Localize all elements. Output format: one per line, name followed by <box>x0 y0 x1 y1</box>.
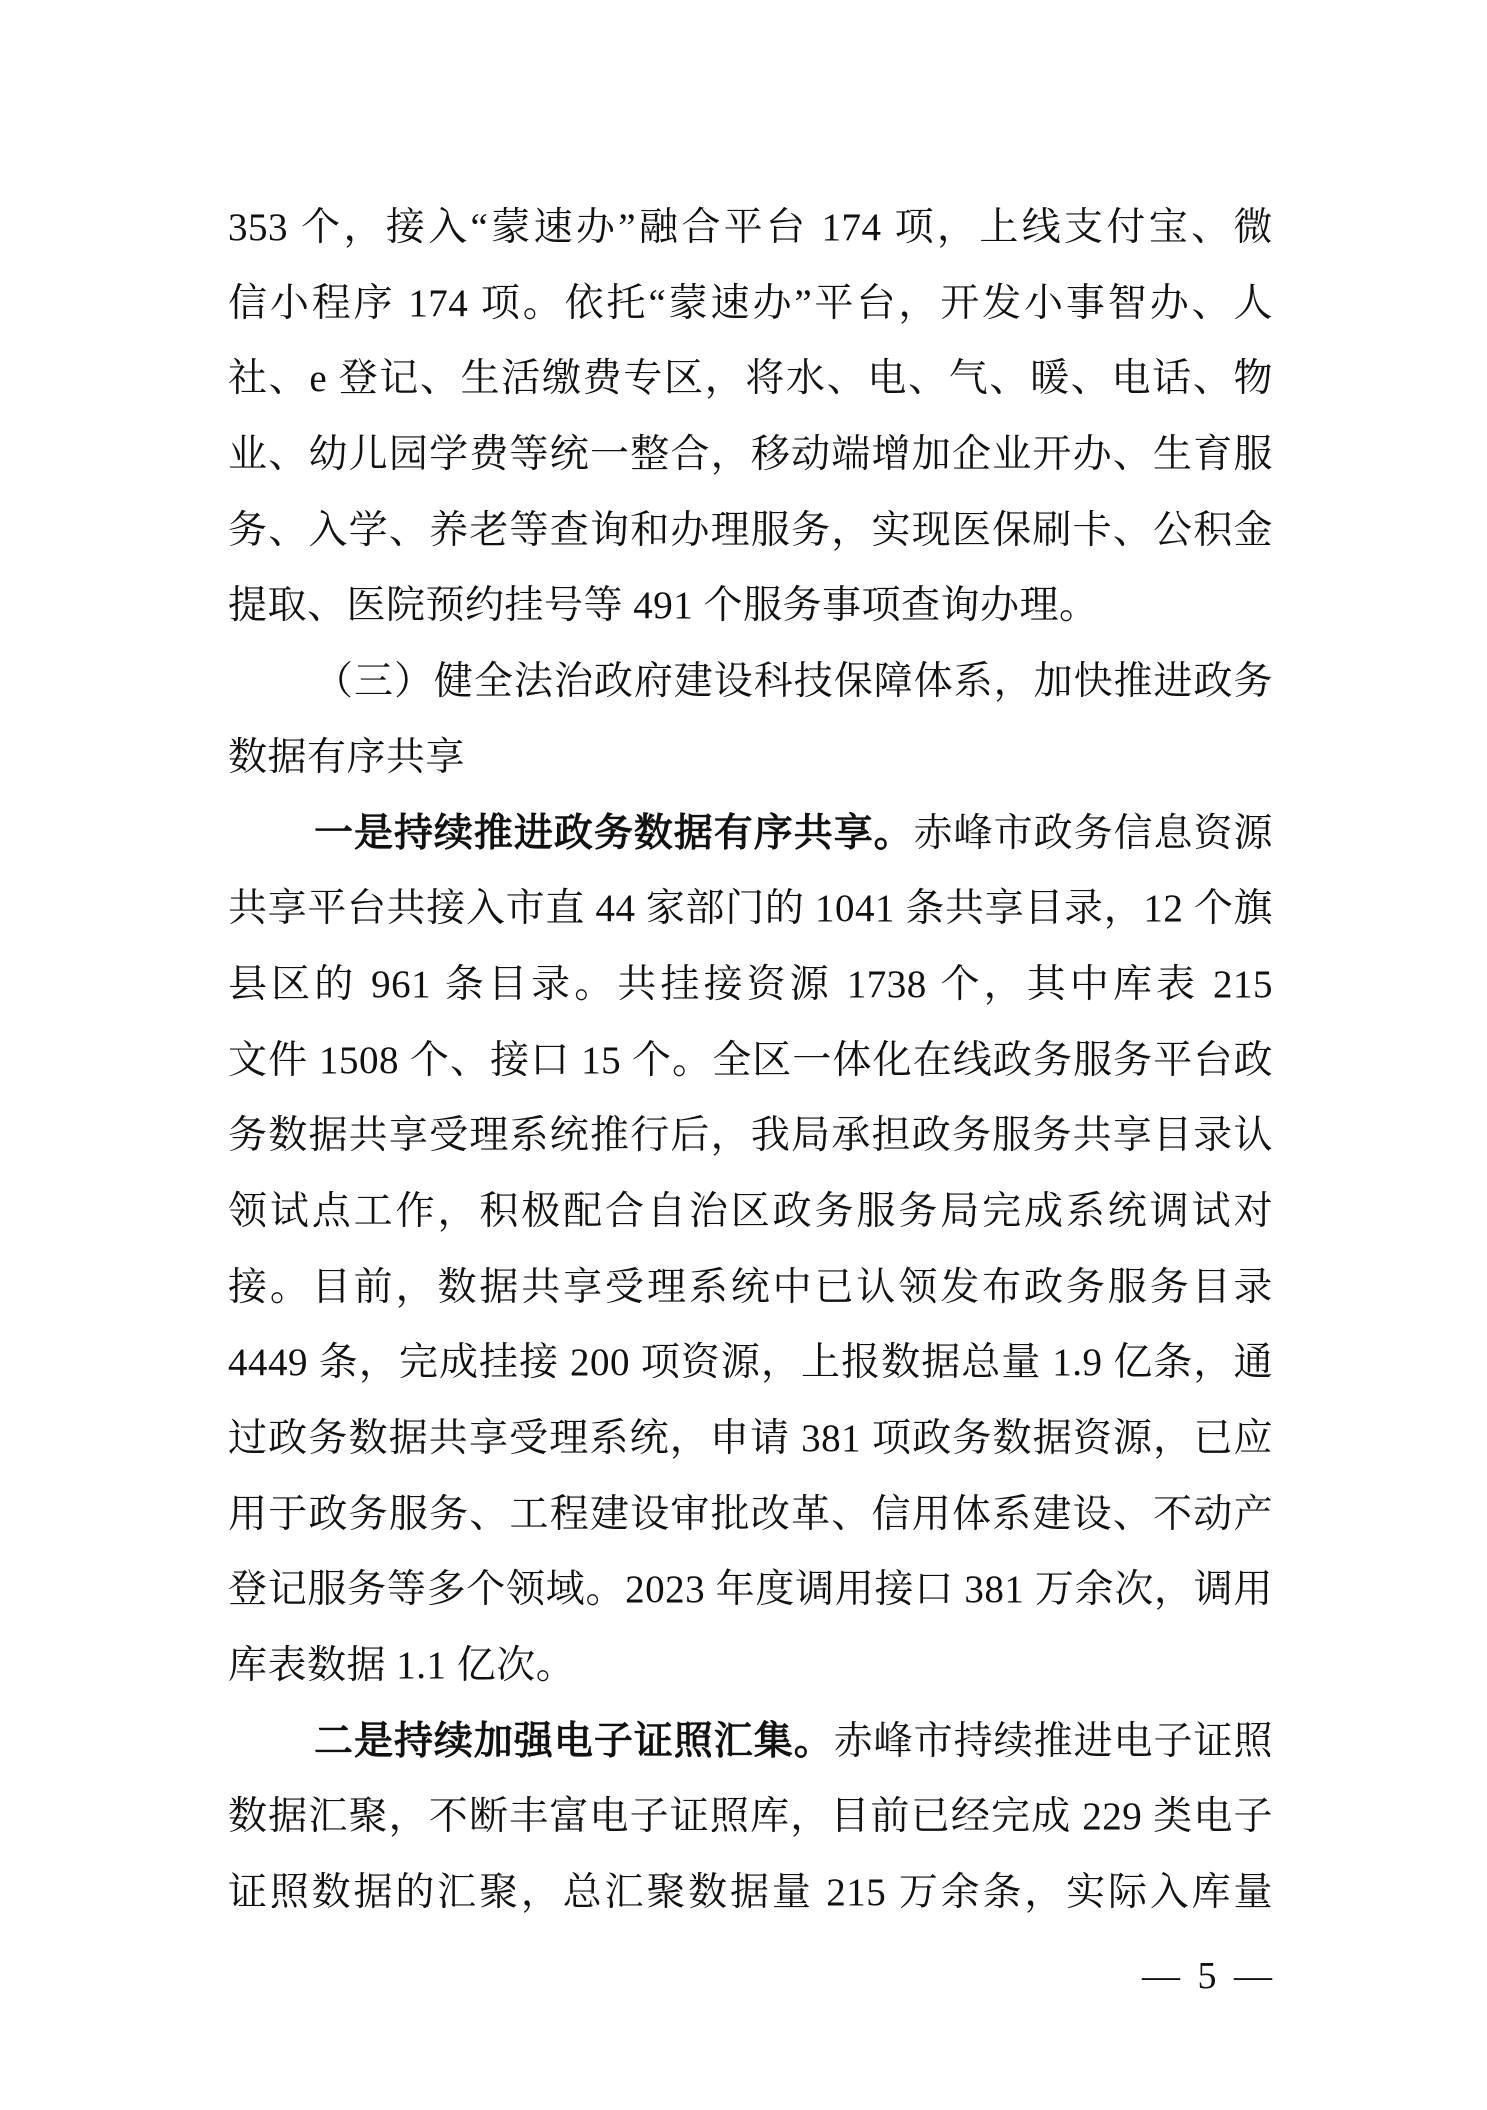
text-run: 共享平台共接入市直 44 家部门的 1041 条共享目录，12 个旗 <box>228 887 1273 930</box>
text-run: 数据有序共享 <box>228 736 465 779</box>
heading-line: 数据有序共享 <box>228 720 1273 796</box>
text-run: （三）健全法治政府建设科技保障体系，加快推进政务 <box>314 660 1273 703</box>
text-line: 提取、医院预约挂号等 491 个服务事项查询办理。 <box>228 568 1273 644</box>
text-run: 用于政务服务、工程建设审批改革、信用体系建设、不动产 <box>228 1493 1273 1536</box>
page-number: — 5 — <box>228 1946 1276 2006</box>
text-run: 社、e 登记、生活缴费专区，将水、电、气、暖、电话、物 <box>228 357 1273 400</box>
text-run: 文件 1508 个、接口 15 个。全区一体化在线政务服务平台政 <box>228 1039 1273 1082</box>
bold-text-run: 二是持续加强电子证照汇集。 <box>314 1720 834 1763</box>
text-line: 接。目前，数据共享受理系统中已认领发布政务服务目录 <box>228 1250 1273 1326</box>
text-line: 共享平台共接入市直 44 家部门的 1041 条共享目录，12 个旗 <box>228 871 1273 947</box>
text-line: 一是持续推进政务数据有序共享。赤峰市政务信息资源 <box>228 796 1273 872</box>
text-line: 库表数据 1.1 亿次。 <box>228 1628 1273 1704</box>
text-run: 提取、医院预约挂号等 491 个服务事项查询办理。 <box>228 584 1099 627</box>
text-run: 业、幼儿园学费等统一整合，移动端增加企业开办、生育服 <box>228 433 1273 476</box>
text-line: 过政务数据共享受理系统，申请 381 项政务数据资源，已应 <box>228 1401 1273 1477</box>
text-run: 信小程序 174 项。依托“蒙速办”平台，开发小事智办、人 <box>228 282 1273 325</box>
document-body: 353 个，接入“蒙速办”融合平台 174 项，上线支付宝、微信小程序 174 … <box>228 190 1273 1931</box>
text-run: 353 个，接入“蒙速办”融合平台 174 项，上线支付宝、微 <box>228 206 1273 249</box>
bold-text-run: 一是持续推进政务数据有序共享。 <box>314 812 914 855</box>
text-line: 证照数据的汇聚，总汇聚数据量 215 万余条，实际入库量 215 <box>228 1855 1273 1931</box>
text-line: 信小程序 174 项。依托“蒙速办”平台，开发小事智办、人 <box>228 266 1273 342</box>
text-run: 过政务数据共享受理系统，申请 381 项政务数据资源，已应 <box>228 1417 1273 1460</box>
text-line: 用于政务服务、工程建设审批改革、信用体系建设、不动产 <box>228 1477 1273 1553</box>
text-line: 社、e 登记、生活缴费专区，将水、电、气、暖、电话、物 <box>228 341 1273 417</box>
text-run: 赤峰市持续推进电子证照 <box>834 1720 1273 1763</box>
text-run: 数据汇聚，不断丰富电子证照库，目前已经完成 229 类电子 <box>228 1795 1273 1838</box>
text-run: 务数据共享受理系统推行后，我局承担政务服务共享目录认 <box>228 1114 1273 1157</box>
text-run: 赤峰市政务信息资源 <box>914 812 1273 855</box>
heading-line: （三）健全法治政府建设科技保障体系，加快推进政务 <box>228 644 1273 720</box>
text-line: 数据汇聚，不断丰富电子证照库，目前已经完成 229 类电子 <box>228 1779 1273 1855</box>
text-run: 务、入学、养老等查询和办理服务，实现医保刷卡、公积金 <box>228 509 1273 552</box>
document-page: 353 个，接入“蒙速办”融合平台 174 项，上线支付宝、微信小程序 174 … <box>0 0 1487 2110</box>
text-line: 353 个，接入“蒙速办”融合平台 174 项，上线支付宝、微 <box>228 190 1273 266</box>
text-line: 登记服务等多个领域。2023 年度调用接口 381 万余次，调用 <box>228 1552 1273 1628</box>
text-run: 库表数据 1.1 亿次。 <box>228 1644 575 1687</box>
text-line: 务数据共享受理系统推行后，我局承担政务服务共享目录认 <box>228 1098 1273 1174</box>
text-line: 文件 1508 个、接口 15 个。全区一体化在线政务服务平台政 <box>228 1023 1273 1099</box>
text-run: 登记服务等多个领域。2023 年度调用接口 381 万余次，调用 <box>228 1568 1273 1611</box>
text-run: 证照数据的汇聚，总汇聚数据量 215 万余条，实际入库量 215 <box>228 1871 1273 1931</box>
text-run: 接。目前，数据共享受理系统中已认领发布政务服务目录 <box>228 1266 1273 1309</box>
text-run: 县区的 961 条目录。共挂接资源 1738 个，其中库表 215 个、 <box>228 963 1273 1023</box>
text-run: 4449 条，完成挂接 200 项资源，上报数据总量 1.9 亿条，通 <box>228 1341 1273 1384</box>
text-line: 二是持续加强电子证照汇集。赤峰市持续推进电子证照 <box>228 1704 1273 1780</box>
text-line: 业、幼儿园学费等统一整合，移动端增加企业开办、生育服 <box>228 417 1273 493</box>
text-line: 务、入学、养老等查询和办理服务，实现医保刷卡、公积金 <box>228 493 1273 569</box>
text-line: 领试点工作，积极配合自治区政务服务局完成系统调试对 <box>228 1174 1273 1250</box>
text-line: 4449 条，完成挂接 200 项资源，上报数据总量 1.9 亿条，通 <box>228 1325 1273 1401</box>
text-line: 县区的 961 条目录。共挂接资源 1738 个，其中库表 215 个、 <box>228 947 1273 1023</box>
text-run: 领试点工作，积极配合自治区政务服务局完成系统调试对 <box>228 1190 1273 1233</box>
